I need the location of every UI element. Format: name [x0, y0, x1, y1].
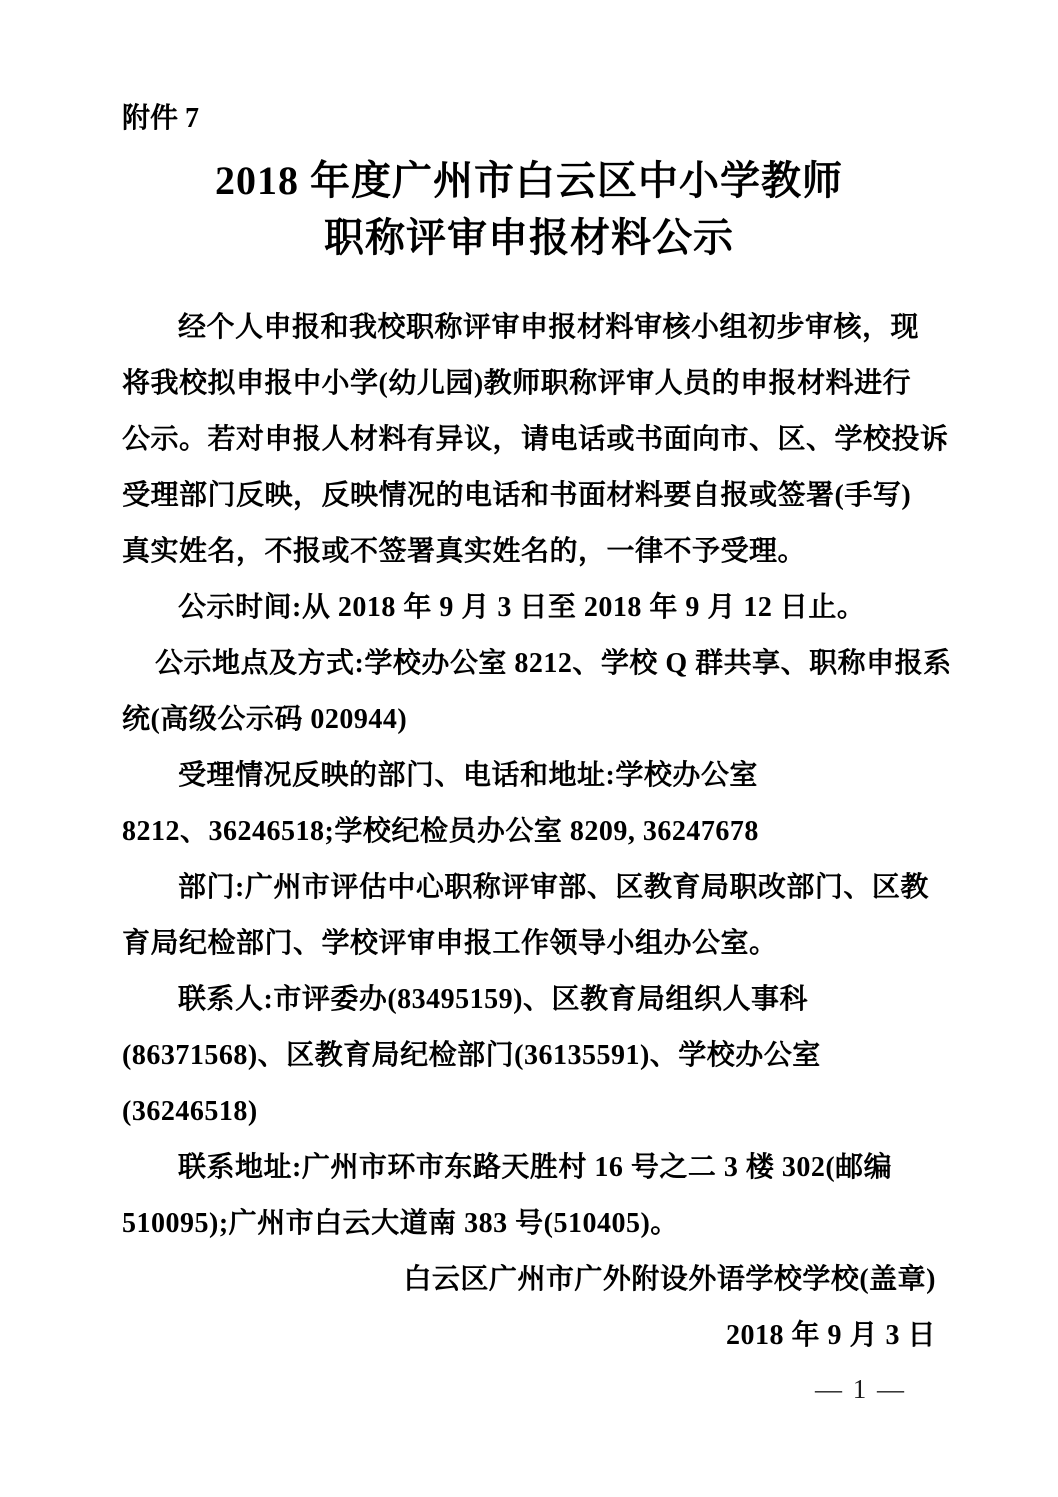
body-line-feedback-contact: 受理情况反映的部门、电话和地址:学校办公室: [122, 748, 936, 804]
page-number: — 1 —: [815, 1374, 906, 1405]
signature-school-line: 白云区广州市广外附设外语学校学校(盖章): [122, 1252, 936, 1308]
body-line: (36246518): [122, 1084, 936, 1140]
body-line: 公示。若对申报人材料有异议，请电话或书面向市、区、学校投诉: [122, 412, 936, 468]
body-line: 真实姓名，不报或不签署真实姓名的，一律不予受理。: [122, 524, 936, 580]
signature-date-line: 2018 年 9 月 3 日: [122, 1308, 936, 1364]
body-line: 受理部门反映，反映情况的电话和书面材料要自报或签署(手写): [122, 468, 936, 524]
document-title-line1: 2018 年度广州市白云区中小学教师: [122, 152, 936, 209]
document-title-line2: 职称评审申报材料公示: [122, 209, 936, 266]
document-content: 附件 7 2018 年度广州市白云区中小学教师 职称评审申报材料公示 经个人申报…: [0, 0, 1058, 1364]
document-body: 经个人申报和我校职称评审申报材料审核小组初步审核，现 将我校拟申报中小学(幼儿园…: [122, 300, 936, 1364]
body-line: (86371568)、区教育局纪检部门(36135591)、学校办公室: [122, 1028, 936, 1084]
body-line: 510095);广州市白云大道南 383 号(510405)。: [122, 1196, 936, 1252]
body-line-public-notice-place: 公示地点及方式:学校办公室 8212、学校 Q 群共享、职称申报系: [122, 636, 936, 692]
body-line: 育局纪检部门、学校评审申报工作领导小组办公室。: [122, 916, 936, 972]
body-line: 将我校拟申报中小学(幼儿园)教师职称评审人员的申报材料进行: [122, 356, 936, 412]
body-line-departments: 部门:广州市评估中心职称评审部、区教育局职改部门、区教: [122, 860, 936, 916]
document-title: 2018 年度广州市白云区中小学教师 职称评审申报材料公示: [122, 152, 936, 266]
body-line-contact-persons: 联系人:市评委办(83495159)、区教育局组织人事科: [122, 972, 936, 1028]
body-line: 统(高级公示码 020944): [122, 692, 936, 748]
attachment-label: 附件 7: [122, 100, 936, 138]
body-line-contact-address: 联系地址:广州市环市东路天胜村 16 号之二 3 楼 302(邮编: [122, 1140, 936, 1196]
document-page: 附件 7 2018 年度广州市白云区中小学教师 职称评审申报材料公示 经个人申报…: [0, 0, 1058, 1497]
body-line: 经个人申报和我校职称评审申报材料审核小组初步审核，现: [122, 300, 936, 356]
body-line-public-notice-time: 公示时间:从 2018 年 9 月 3 日至 2018 年 9 月 12 日止。: [122, 580, 936, 636]
body-line: 8212、36246518;学校纪检员办公室 8209, 36247678: [122, 804, 936, 860]
